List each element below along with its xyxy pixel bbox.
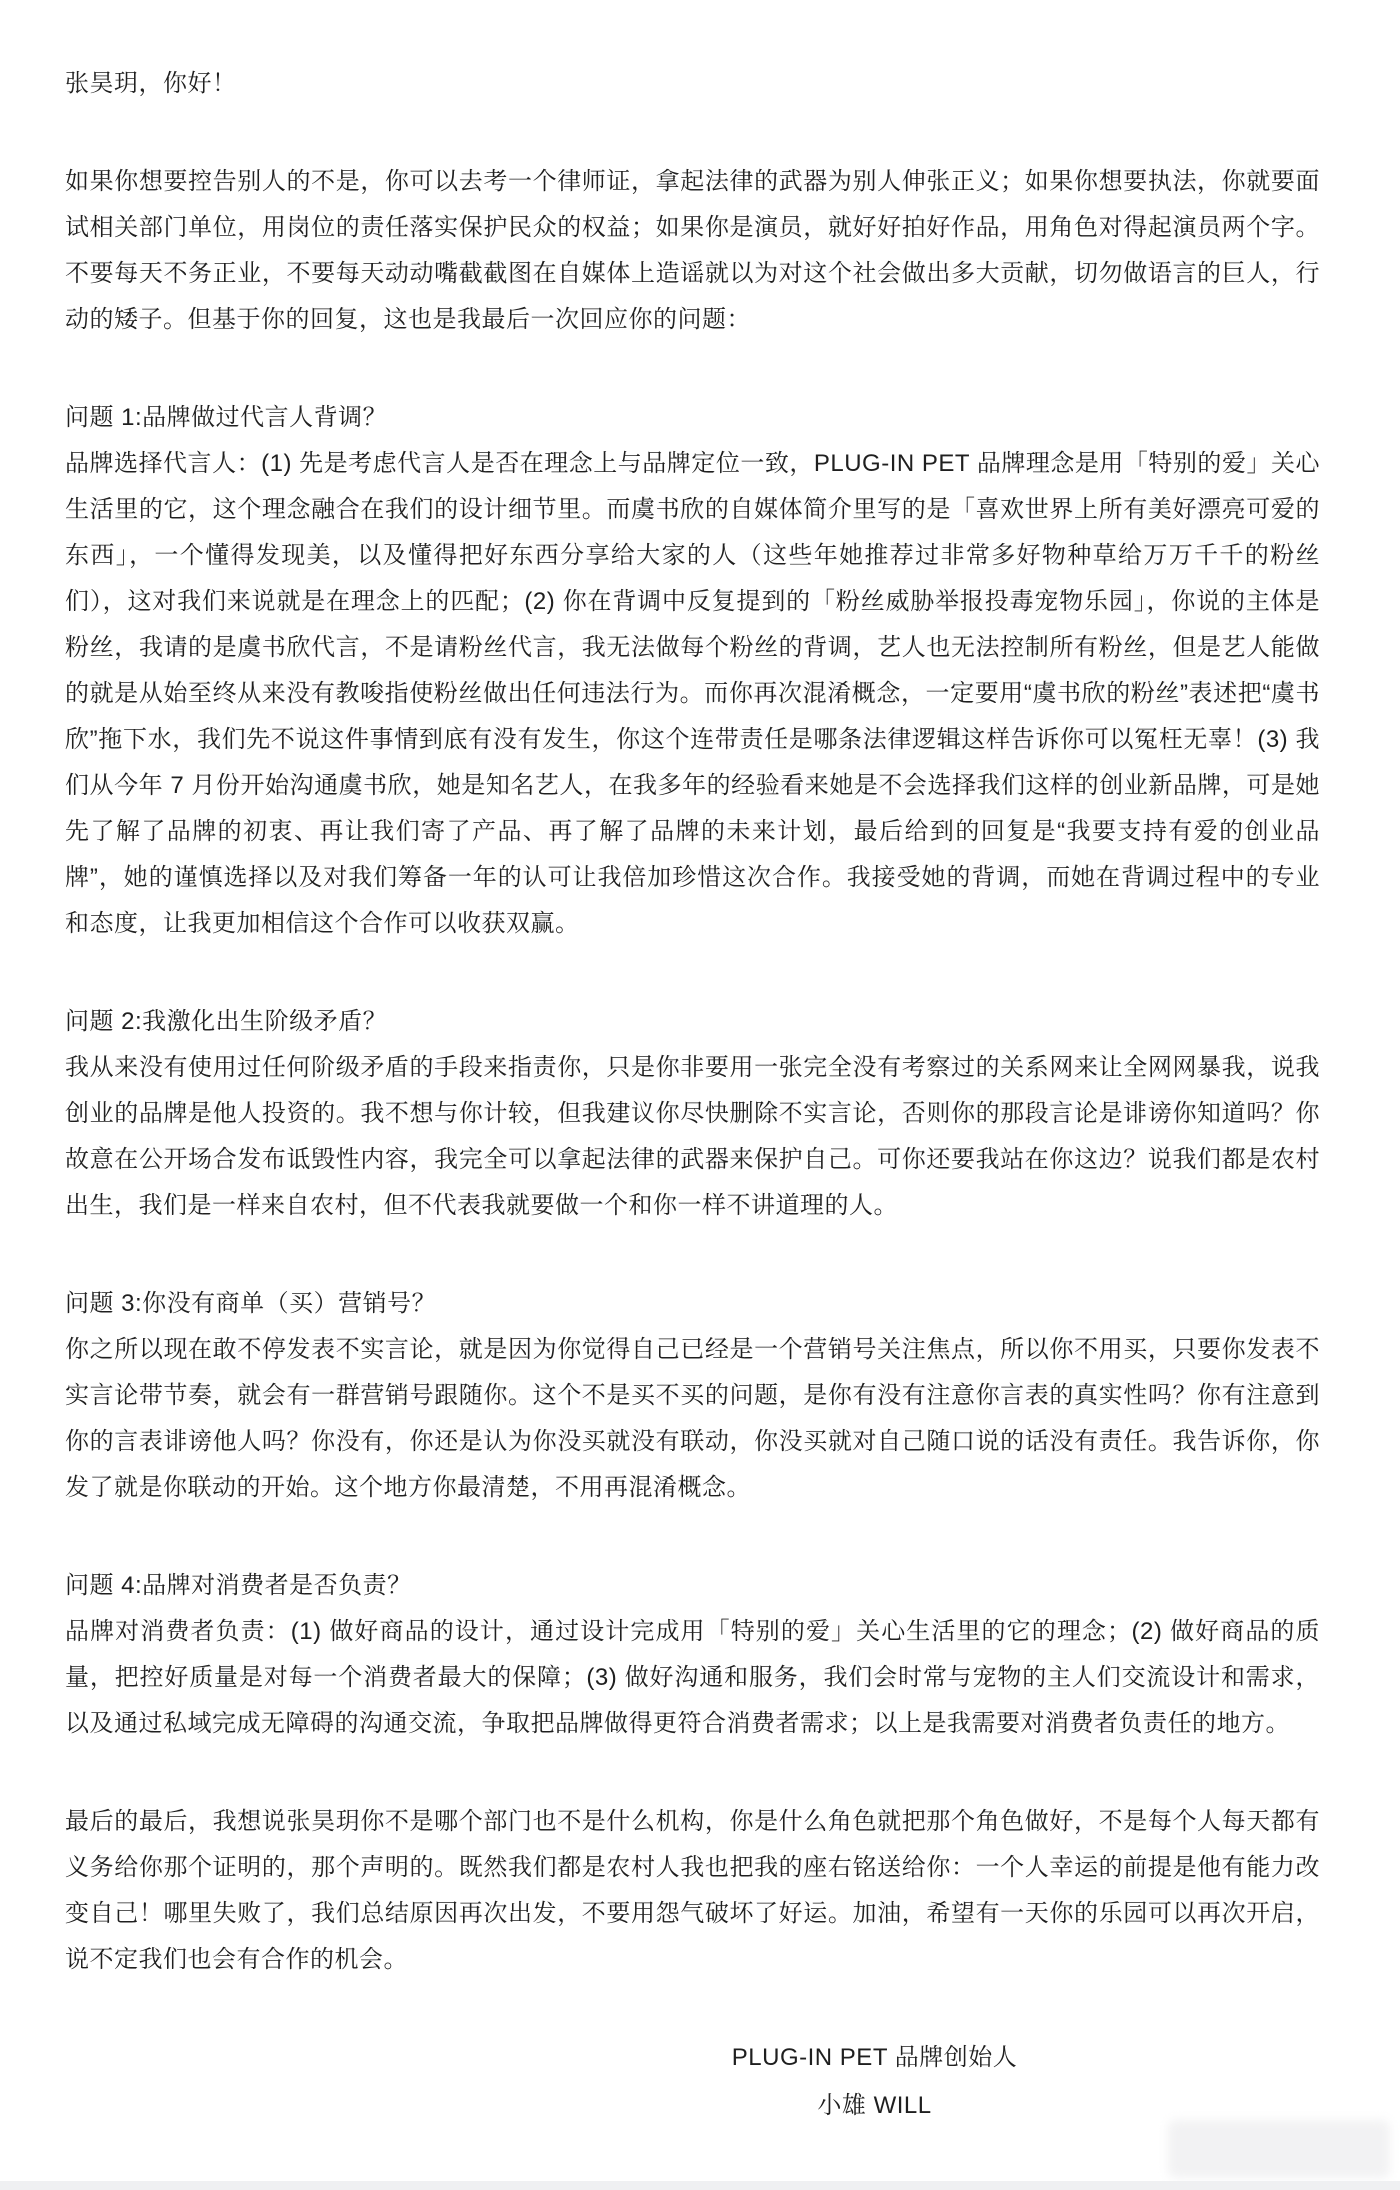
question-section-4: 问题 4:品牌对消费者是否负责？ 品牌对消费者负责：(1) 做好商品的设计，通过… [65, 1563, 1320, 1747]
question-section-2: 问题 2:我激化出生阶级矛盾？ 我从来没有使用过任何阶级矛盾的手段来指责你，只是… [65, 999, 1320, 1229]
letter-intro-paragraph: 如果你想要控告别人的不是，你可以去考一个律师证，拿起法律的武器为别人伸张正义；如… [65, 159, 1320, 343]
question-1-answer: 品牌选择代言人：(1) 先是考虑代言人是否在理念上与品牌定位一致，PLUG-IN… [65, 441, 1320, 947]
question-2-heading: 问题 2:我激化出生阶级矛盾？ [65, 999, 1320, 1045]
question-section-1: 问题 1:品牌做过代言人背调？ 品牌选择代言人：(1) 先是考虑代言人是否在理念… [65, 395, 1320, 947]
letter-content: 张昊玥，你好！ 如果你想要控告别人的不是，你可以去考一个律师证，拿起法律的武器为… [0, 0, 1400, 2129]
question-4-heading: 问题 4:品牌对消费者是否负责？ [65, 1563, 1320, 1609]
question-4-answer: 品牌对消费者负责：(1) 做好商品的设计，通过设计完成用「特别的爱」关心生活里的… [65, 1609, 1320, 1747]
letter-signature: PLUG-IN PET 品牌创始人 小雄 WILL [247, 2035, 1400, 2129]
blurred-watermark [1168, 2120, 1390, 2178]
question-section-3: 问题 3:你没有商单（买）营销号？ 你之所以现在敢不停发表不实言论，就是因为你觉… [65, 1281, 1320, 1511]
letter-greeting: 张昊玥，你好！ [65, 61, 1320, 107]
letter-closing-paragraph: 最后的最后，我想说张昊玥你不是哪个部门也不是什么机构，你是什么角色就把那个角色做… [65, 1799, 1320, 1983]
letter-page: 张昊玥，你好！ 如果你想要控告别人的不是，你可以去考一个律师证，拿起法律的武器为… [0, 0, 1400, 2190]
question-2-answer: 我从来没有使用过任何阶级矛盾的手段来指责你，只是你非要用一张完全没有考察过的关系… [65, 1045, 1320, 1229]
bottom-edge-strip [0, 2181, 1400, 2190]
question-1-heading: 问题 1:品牌做过代言人背调？ [65, 395, 1320, 441]
question-3-answer: 你之所以现在敢不停发表不实言论，就是因为你觉得自己已经是一个营销号关注焦点，所以… [65, 1327, 1320, 1511]
signature-title: PLUG-IN PET 品牌创始人 [247, 2035, 1400, 2081]
question-3-heading: 问题 3:你没有商单（买）营销号？ [65, 1281, 1320, 1327]
